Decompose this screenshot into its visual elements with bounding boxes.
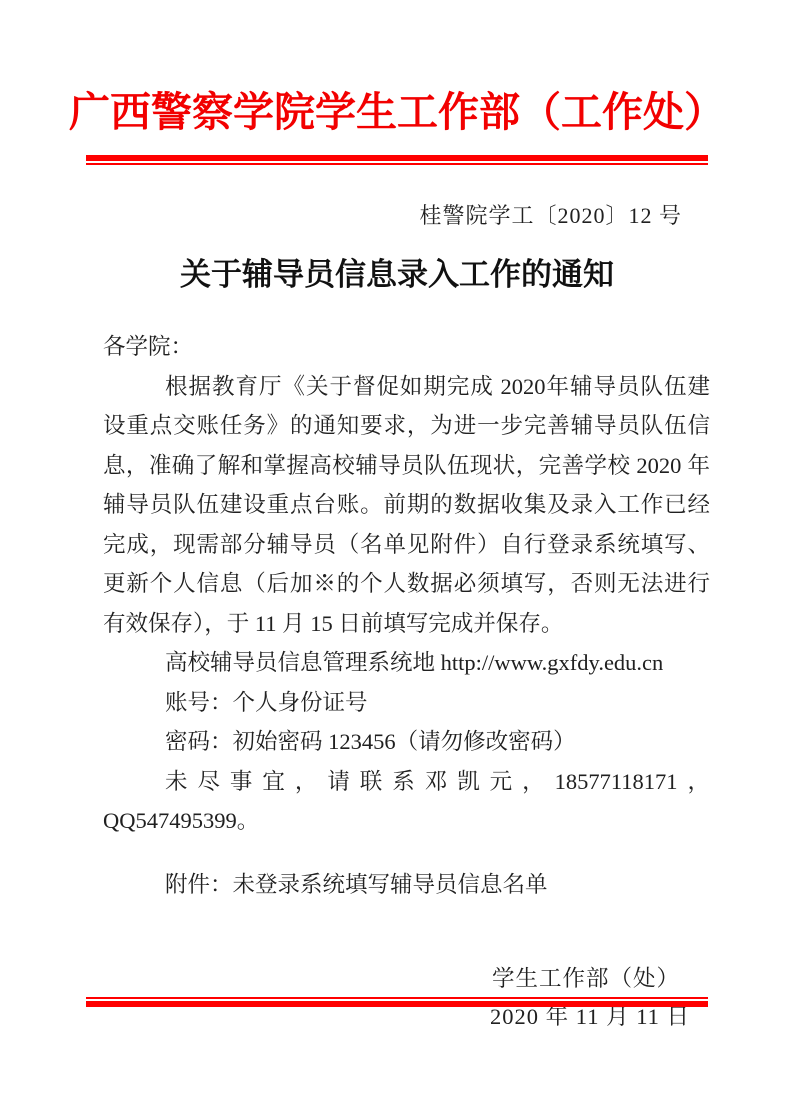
document-body: 各学院： 根据教育厅《关于督促如期完成 2020年辅导员队伍建设重点交账任务》的…: [103, 327, 710, 904]
header-divider-thin-bar: [86, 163, 708, 165]
password-line: 密码：初始密码 123456（请勿修改密码）: [103, 722, 710, 762]
document-page: 广西警察学院学生工作部（工作处） 桂警院学工〔2020〕12 号 关于辅导员信息…: [0, 0, 794, 1108]
contact-line: 未尽事宜，请联系邓凯元，18577118171，QQ547495399。: [103, 762, 710, 841]
document-number: 桂警院学工〔2020〕12 号: [0, 201, 794, 231]
signature-department: 学生工作部（处）: [0, 960, 680, 998]
footer-divider-thick-bar: [86, 1001, 708, 1007]
account-line: 账号：个人身份证号: [103, 683, 710, 723]
main-paragraph: 根据教育厅《关于督促如期完成 2020年辅导员队伍建设重点交账任务》的通知要求，…: [103, 367, 710, 644]
document-header-title: 广西警察学院学生工作部（工作处）: [0, 0, 794, 137]
document-title: 关于辅导员信息录入工作的通知: [0, 253, 794, 297]
system-url-line: 高校辅导员信息管理系统地 http://www.gxfdy.edu.cn: [103, 643, 710, 683]
footer-divider-line: [86, 997, 708, 1007]
salutation: 各学院：: [103, 327, 710, 367]
attachment-line: 附件：未登录系统填写辅导员信息名单: [103, 865, 710, 905]
header-divider-line: [86, 155, 708, 165]
